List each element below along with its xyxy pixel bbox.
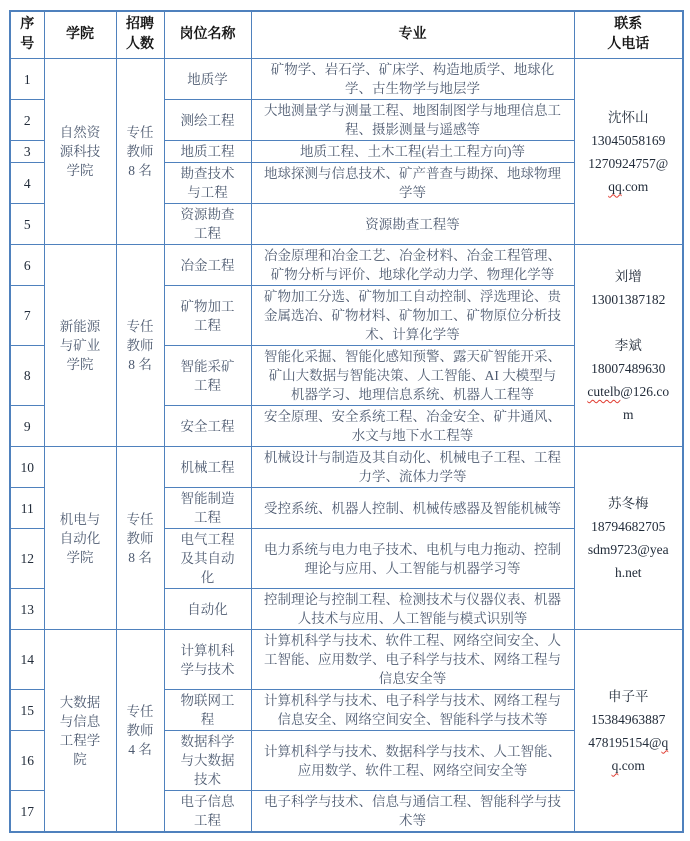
seq-cell: 13 [10,589,44,630]
majors-cell: 电子科学与技术、信息与通信工程、智能科学与技术等 [251,791,574,833]
contact-text: .com [618,758,645,773]
contact-line: 李斌 [577,334,681,357]
position-cell: 冶金工程 [164,245,251,286]
contact-text: 刘增 [615,269,642,284]
seq-cell: 12 [10,529,44,589]
majors-cell: 计算机科学与技术、电子科学与技术、网络工程与信息安全、网络空间安全、智能科学与技… [251,690,574,731]
seq-cell: 3 [10,141,44,163]
header-cell-seq: 序 号 [10,11,44,59]
spellcheck-squiggle: qq [608,179,622,194]
contact-line: 沈怀山 [577,106,681,129]
contact-text: 18794682705 [591,519,665,534]
college-cell: 新能源 与矿业 学院 [44,245,116,447]
college-cell: 机电与 自动化 学院 [44,447,116,630]
majors-cell: 受控系统、机器人控制、机械传感器及智能机械等 [251,488,574,529]
table-row: 10机电与 自动化 学院专任 教师 8 名机械工程机械设计与制造及其自动化、机械… [10,447,683,488]
seq-cell: 14 [10,630,44,690]
contact-line: qq.com [577,175,681,198]
seq-cell: 9 [10,406,44,447]
contact-text: sdm9723@yea [588,542,669,557]
seq-cell: 7 [10,286,44,346]
seq-cell: 5 [10,204,44,245]
majors-cell: 智能化采掘、智能化感知预警、露天矿智能开采、矿山大数据与智能决策、人工智能、AI… [251,346,574,406]
position-cell: 地质工程 [164,141,251,163]
position-cell: 地质学 [164,59,251,100]
quota-cell: 专任 教师 8 名 [116,447,164,630]
majors-cell: 安全原理、安全系统工程、冶金安全、矿井通风、水文与地下水工程等 [251,406,574,447]
seq-cell: 11 [10,488,44,529]
header-cell-contact: 联系 人电话 [574,11,683,59]
contact-line: 1270924757@ [577,152,681,175]
majors-cell: 地球探测与信息技术、矿产普查与勘探、地球物理学等 [251,163,574,204]
majors-cell: 资源勘查工程等 [251,204,574,245]
majors-cell: 电力系统与电力电子技术、电机与电力拖动、控制理论与应用、人工智能与机器学习等 [251,529,574,589]
majors-cell: 矿物学、岩石学、矿床学、构造地质学、地球化学、古生物学与地层学 [251,59,574,100]
seq-cell: 15 [10,690,44,731]
seq-cell: 1 [10,59,44,100]
contact-text: 18007489630 [591,361,665,376]
seq-cell: 8 [10,346,44,406]
contact-line: m [577,403,681,426]
position-cell: 智能制造 工程 [164,488,251,529]
college-cell: 自然资 源科技 学院 [44,59,116,245]
header-cell-college: 学院 [44,11,116,59]
position-cell: 矿物加工 工程 [164,286,251,346]
contact-cell: 申子平15384963887478195154@qq.com [574,630,683,833]
contact-line: 刘增 [577,265,681,288]
table-row: 14大数据 与信息 工程学 院专任 教师 4 名计算机科 学与技术计算机科学与技… [10,630,683,690]
contact-text: m [623,407,634,422]
majors-cell: 地质工程、土木工程(岩土工程方向)等 [251,141,574,163]
seq-cell: 17 [10,791,44,833]
table-header-row: 序 号学院招聘 人数岗位名称专业联系 人电话 [10,11,683,59]
contact-cell: 沈怀山130450581691270924757@qq.com [574,59,683,245]
contact-line: cutelb@126.co [577,380,681,403]
contact-line: 13001387182 [577,288,681,311]
table-row: 1自然资 源科技 学院专任 教师 8 名地质学矿物学、岩石学、矿床学、构造地质学… [10,59,683,100]
contact-cell: 刘增13001387182 李斌18007489630cutelb@126.co… [574,245,683,447]
spellcheck-squiggle: q [661,735,668,750]
position-cell: 自动化 [164,589,251,630]
contact-line: 13045058169 [577,129,681,152]
seq-cell: 4 [10,163,44,204]
contact-text: 13045058169 [591,133,665,148]
position-cell: 电子信息 工程 [164,791,251,833]
contact-line: 18007489630 [577,357,681,380]
position-cell: 物联网工 程 [164,690,251,731]
seq-cell: 6 [10,245,44,286]
contact-text: 沈怀山 [608,110,649,125]
contact-text: 苏冬梅 [608,496,649,511]
header-cell-position: 岗位名称 [164,11,251,59]
majors-cell: 大地测量学与测量工程、地图制图学与地理信息工程、摄影测量与遥感等 [251,100,574,141]
quota-cell: 专任 教师 4 名 [116,630,164,833]
contact-text: 15384963887 [591,712,665,727]
position-cell: 智能采矿 工程 [164,346,251,406]
majors-cell: 机械设计与制造及其自动化、机械电子工程、工程力学、流体力学等 [251,447,574,488]
majors-cell: 矿物加工分选、矿物加工自动控制、浮选理论、贵金属选冶、矿物材料、矿物加工、矿物原… [251,286,574,346]
contact-text: 1270924757@ [588,156,668,171]
table-row: 6新能源 与矿业 学院专任 教师 8 名冶金工程冶金原理和冶金工艺、冶金材料、冶… [10,245,683,286]
position-cell: 计算机科 学与技术 [164,630,251,690]
contact-line: q.com [577,754,681,777]
contact-text: 李斌 [615,338,642,353]
majors-cell: 冶金原理和冶金工艺、冶金材料、冶金工程管理、矿物分析与评价、地球化学动力学、物理… [251,245,574,286]
position-cell: 勘查技术 与工程 [164,163,251,204]
position-cell: 数据科学 与大数据 技术 [164,731,251,791]
contact-line: 苏冬梅 [577,492,681,515]
majors-cell: 控制理论与控制工程、检测技术与仪器仪表、机器人技术与应用、人工智能与模式识别等 [251,589,574,630]
contact-text: 478195154@ [588,735,661,750]
position-cell: 机械工程 [164,447,251,488]
contact-line: 15384963887 [577,708,681,731]
seq-cell: 16 [10,731,44,791]
quota-cell: 专任 教师 8 名 [116,245,164,447]
college-cell: 大数据 与信息 工程学 院 [44,630,116,833]
contact-text: @126.co [620,384,669,399]
contact-line: sdm9723@yea [577,538,681,561]
contact-text: 申子平 [608,689,649,704]
page: { "page": { "background": "#ffffff", "bo… [0,0,690,841]
seq-cell: 10 [10,447,44,488]
contact-line [577,311,681,334]
contact-cell: 苏冬梅18794682705sdm9723@yeah.net [574,447,683,630]
document-body: 序 号学院招聘 人数岗位名称专业联系 人电话 1自然资 源科技 学院专任 教师 … [9,10,684,833]
contact-line: 478195154@q [577,731,681,754]
contact-line: 18794682705 [577,515,681,538]
position-cell: 资源勘查 工程 [164,204,251,245]
spellcheck-squiggle: cutelb [587,384,620,399]
contact-text: h.net [615,565,642,580]
contact-text: 13001387182 [591,292,665,307]
position-cell: 安全工程 [164,406,251,447]
recruitment-table: 序 号学院招聘 人数岗位名称专业联系 人电话 1自然资 源科技 学院专任 教师 … [9,10,684,833]
position-cell: 电气工程 及其自动 化 [164,529,251,589]
header-cell-majors: 专业 [251,11,574,59]
seq-cell: 2 [10,100,44,141]
position-cell: 测绘工程 [164,100,251,141]
contact-line: 申子平 [577,685,681,708]
quota-cell: 专任 教师 8 名 [116,59,164,245]
majors-cell: 计算机科学与技术、软件工程、网络空间安全、人工智能、应用数学、电子科学与技术、网… [251,630,574,690]
contact-line: h.net [577,561,681,584]
header-cell-quota: 招聘 人数 [116,11,164,59]
contact-text: .com [622,179,649,194]
majors-cell: 计算机科学与技术、数据科学与技术、人工智能、应用数学、软件工程、网络空间安全等 [251,731,574,791]
